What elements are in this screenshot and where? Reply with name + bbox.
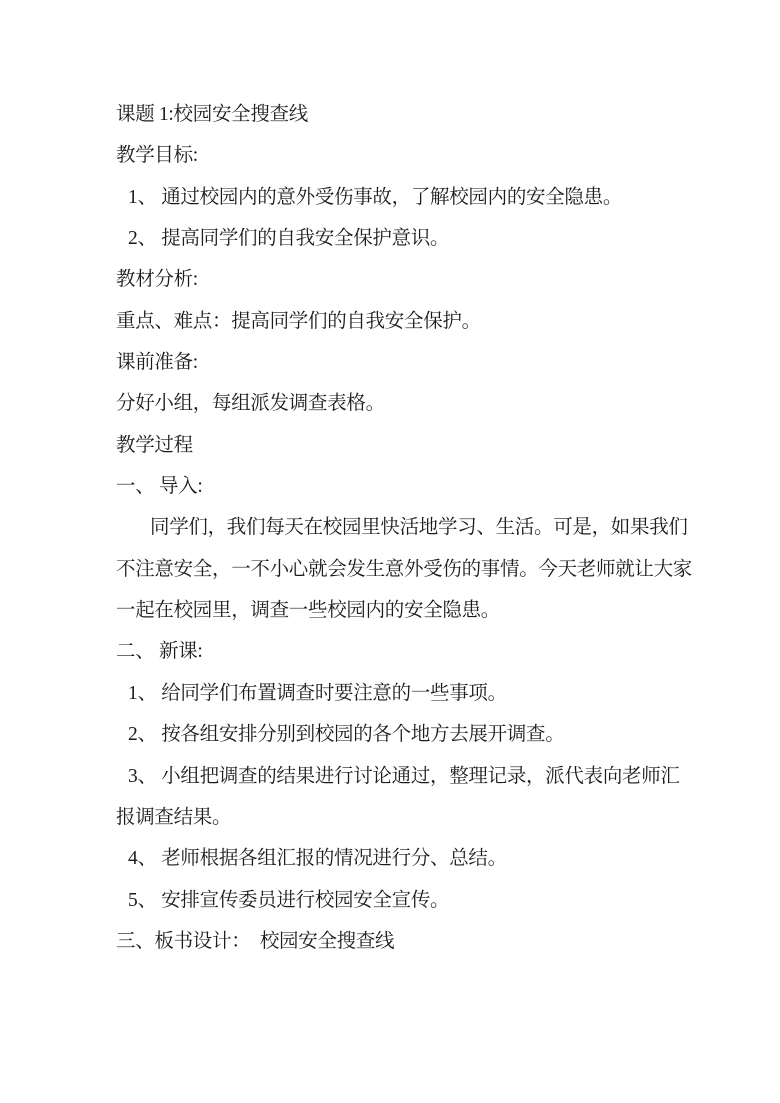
- doc-line: 4、 老师根据各组汇报的情况进行分、总结。: [116, 838, 684, 879]
- doc-line: 1、 给同学们布置调查时要注意的一些事项。: [116, 673, 684, 714]
- document-page: 课题 1:校园安全搜查线教学目标:1、 通过校园内的意外受伤事故，了解校园内的安…: [0, 0, 780, 1103]
- doc-line: 5、 安排宣传委员进行校园安全宣传。: [116, 880, 684, 921]
- doc-line: 一、 导入:: [116, 466, 684, 507]
- doc-line: 课题 1:校园安全搜查线: [116, 94, 684, 135]
- doc-line: 1、 通过校园内的意外受伤事故，了解校园内的安全隐患。: [116, 177, 684, 218]
- doc-line: 2、 提高同学们的自我安全保护意识。: [116, 218, 684, 259]
- doc-line: 教学过程: [116, 425, 684, 466]
- document-body: 课题 1:校园安全搜查线教学目标:1、 通过校园内的意外受伤事故，了解校园内的安…: [116, 94, 684, 962]
- doc-line: 不注意安全，一不小心就会发生意外受伤的事情。今天老师就让大家: [116, 549, 684, 590]
- doc-line: 2、 按各组安排分别到校园的各个地方去展开调查。: [116, 714, 684, 755]
- doc-line: 教材分析:: [116, 259, 684, 300]
- doc-line: 报调查结果。: [116, 797, 684, 838]
- doc-line: 3、 小组把调查的结果进行讨论通过，整理记录，派代表向老师汇: [116, 756, 684, 797]
- document-viewport: { "page": { "background_color": "#ffffff…: [0, 0, 780, 1103]
- doc-line: 同学们，我们每天在校园里快活地学习、生活。可是，如果我们: [116, 507, 684, 548]
- doc-line: 重点、难点：提高同学们的自我安全保护。: [116, 301, 684, 342]
- doc-line: 分好小组，每组派发调查表格。: [116, 383, 684, 424]
- doc-line: 二、 新课:: [116, 631, 684, 672]
- doc-line: 课前准备:: [116, 342, 684, 383]
- doc-line: 三、板书设计： 校园安全搜查线: [116, 921, 684, 962]
- doc-line: 一起在校园里，调查一些校园内的安全隐患。: [116, 590, 684, 631]
- doc-line: 教学目标:: [116, 135, 684, 176]
